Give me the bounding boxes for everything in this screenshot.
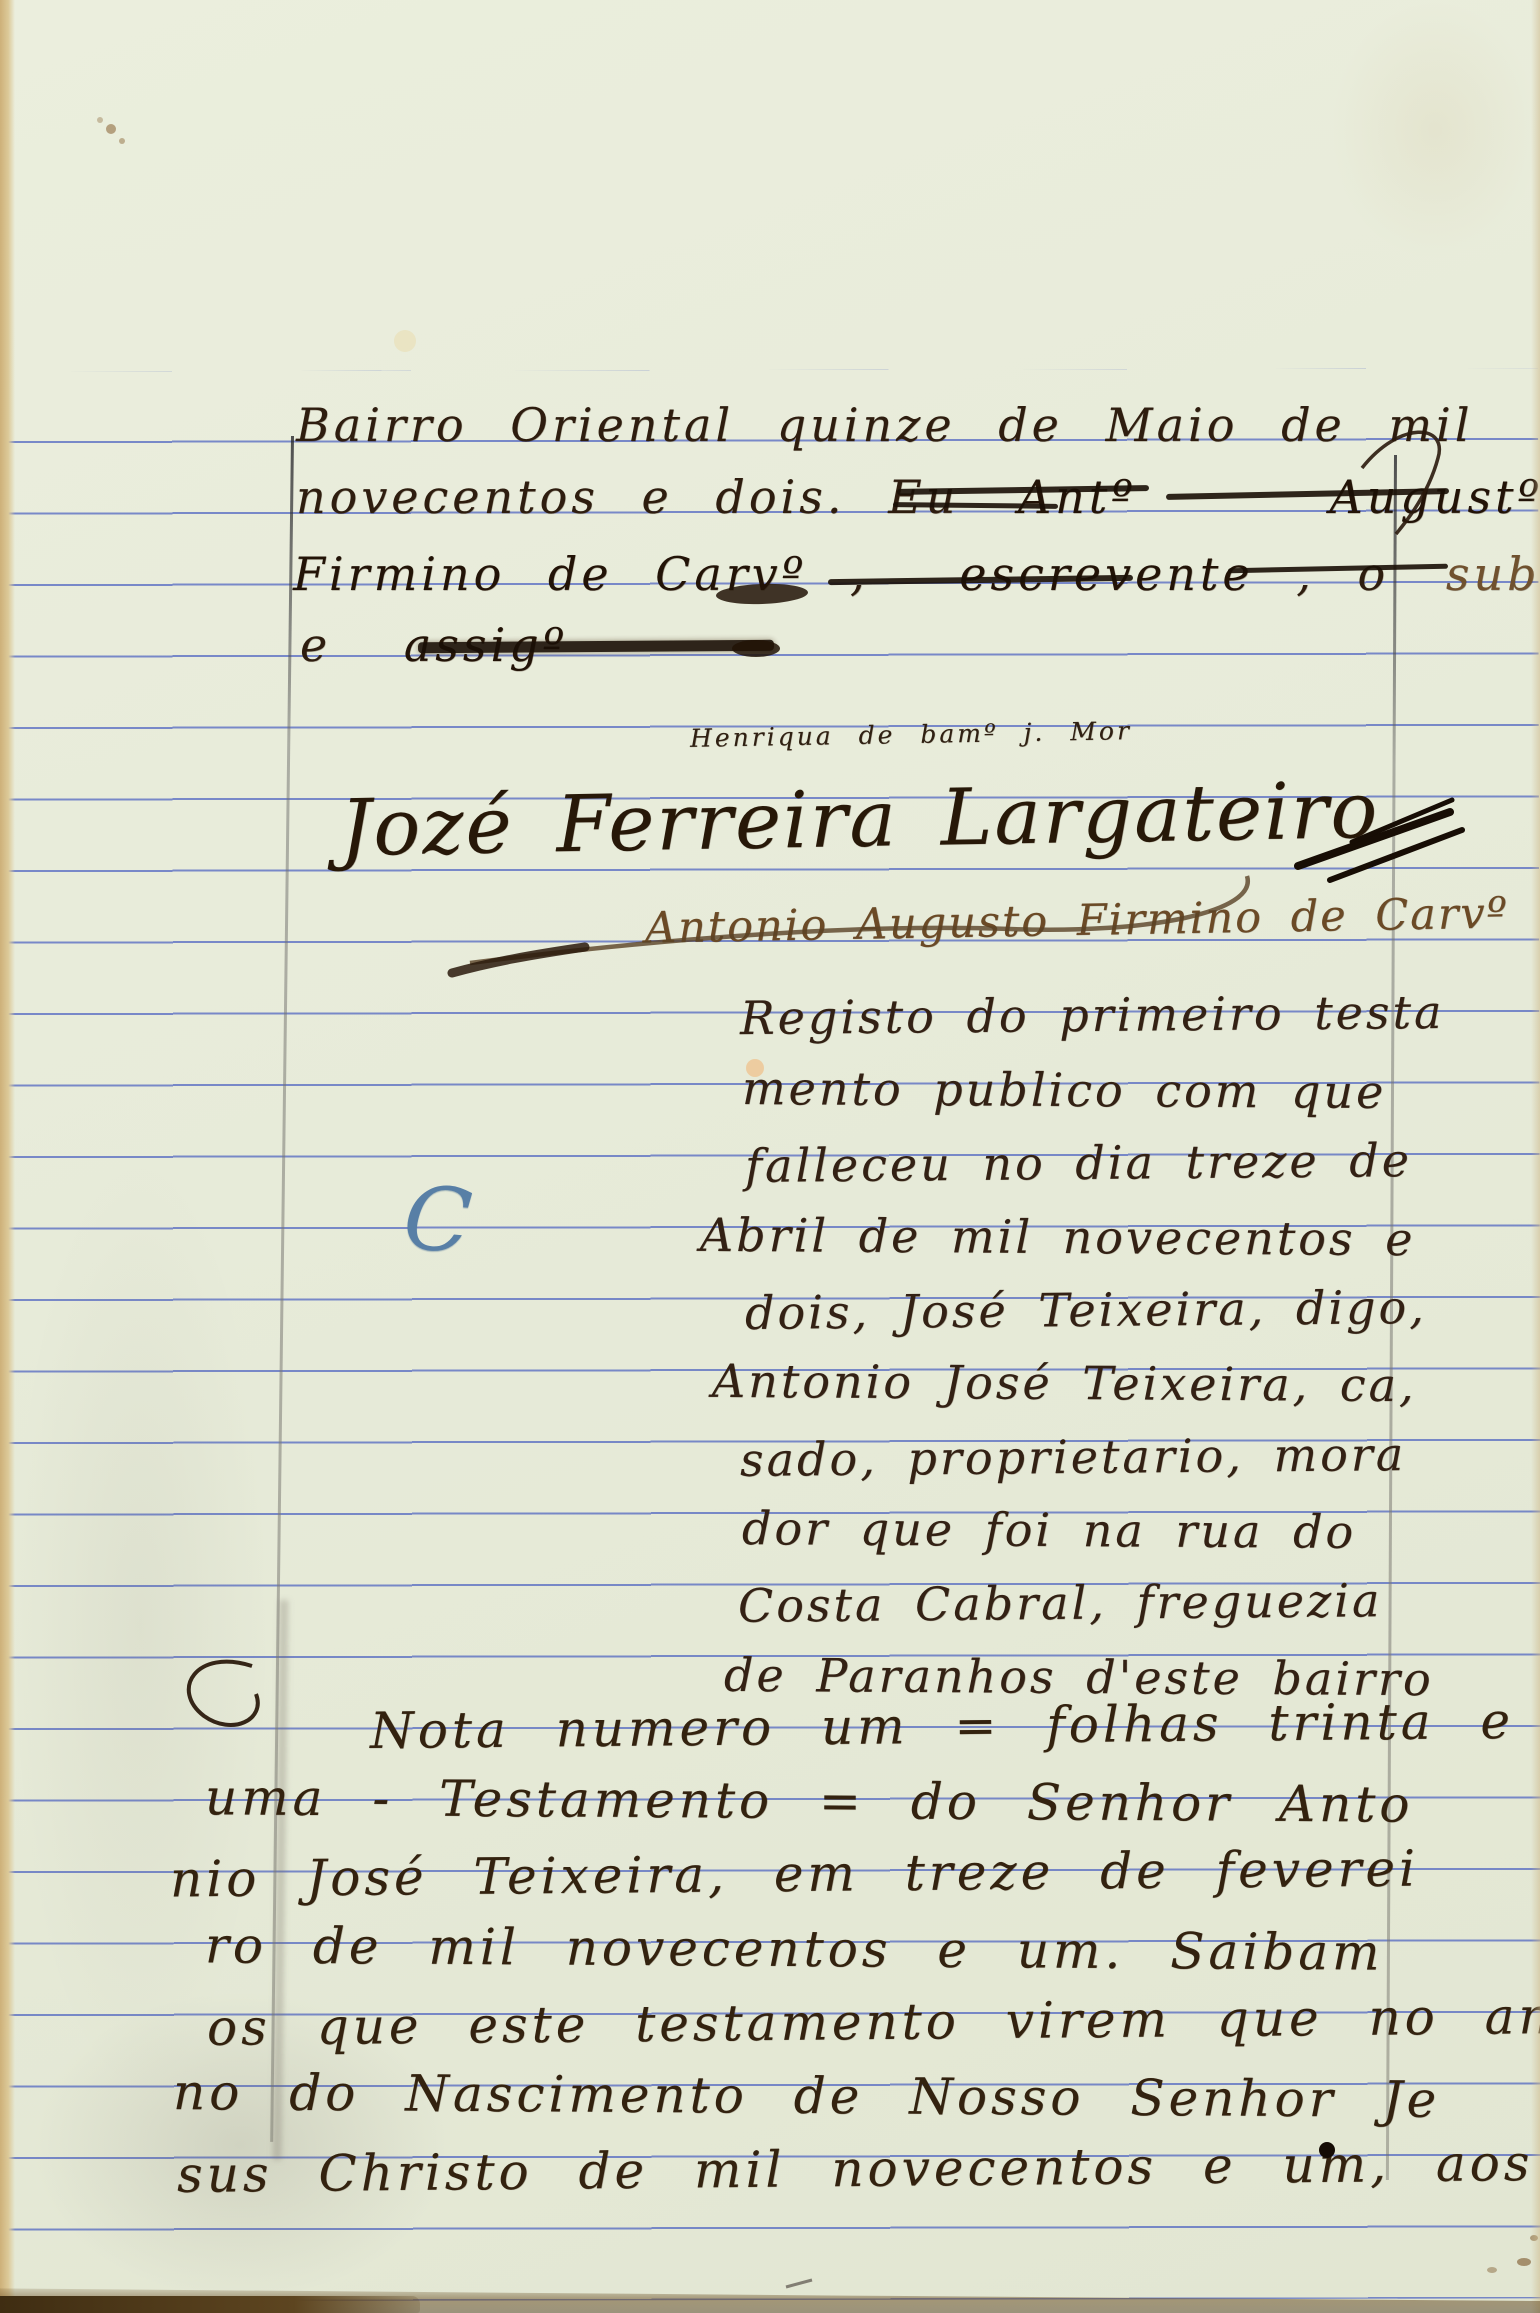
manuscript-line: dois, José Teixeira, digo, bbox=[745, 1284, 1427, 1336]
manuscript-line: Abril de mil novecentos e bbox=[700, 1212, 1416, 1262]
manuscript-page: Bairro Oriental quinze de Maio de mil no… bbox=[0, 0, 1540, 2313]
struck-word: escrevente bbox=[959, 547, 1253, 601]
struck-word: Augustº bbox=[1330, 470, 1540, 524]
manuscript-line: Antonio José Teixeira, ca, bbox=[712, 1358, 1417, 1408]
manuscript-line: uma - Testamento = do Senhor Anto bbox=[205, 1772, 1414, 1829]
struck-word: Antº bbox=[1018, 470, 1137, 524]
manuscript-line: Bairro Oriental quinze de Maio de mil bbox=[296, 402, 1473, 448]
margin-mark-c: C bbox=[400, 1165, 476, 1273]
manuscript-line: nio José Teixeira, em treze de feverei bbox=[170, 1844, 1419, 1905]
ink-blot bbox=[732, 640, 780, 657]
manuscript-line: os que este testamento virem que no an bbox=[207, 1991, 1540, 2053]
manuscript-line: no do Nascimento de Nosso Senhor Je bbox=[173, 2067, 1440, 2125]
paper-stain bbox=[394, 330, 416, 352]
manuscript-line: Registo do primeiro testa bbox=[740, 989, 1445, 1041]
paper-speck bbox=[119, 138, 125, 144]
manuscript-text: novecentos e dois. Eu bbox=[296, 470, 959, 524]
paper-speck bbox=[97, 117, 103, 123]
manuscript-line: novecentos e dois. Eu Antº Augustº bbox=[296, 474, 1540, 520]
manuscript-text: e bbox=[300, 618, 331, 672]
manuscript-line: sus Christo de mil novecentos e um, aos bbox=[177, 2138, 1534, 2200]
manuscript-line: dor que foi na rua do bbox=[742, 1505, 1356, 1555]
interlined-note: Henriqua de bamº j. Mor bbox=[690, 718, 1132, 751]
page-edge-right bbox=[1531, 0, 1540, 2313]
manuscript-text: , o bbox=[1296, 547, 1389, 601]
manuscript-line: mento publico com que bbox=[742, 1065, 1387, 1115]
manuscript-line: ro de mil novecentos e um. Saibam bbox=[205, 1920, 1384, 1977]
aging-shade bbox=[1330, 0, 1540, 260]
page-edge-bottom-dark bbox=[0, 2296, 420, 2313]
manuscript-line: Nota numero um = folhas trinta e bbox=[370, 1696, 1514, 1756]
manuscript-line: Firmino de Carvº , escrevente , o subscr… bbox=[293, 551, 1540, 597]
manuscript-line: Costa Cabral, freguezia bbox=[738, 1577, 1383, 1629]
manuscript-line: falleceu no dia treze de bbox=[745, 1137, 1412, 1189]
binding-edge bbox=[0, 0, 15, 2313]
paper-speck bbox=[106, 124, 116, 134]
manuscript-line: sado, proprietario, mora bbox=[740, 1431, 1407, 1483]
struck-word: subscrevo bbox=[1446, 547, 1540, 601]
signature-main: Jozé Ferreira Largateiro bbox=[339, 772, 1379, 868]
manuscript-text: , bbox=[850, 547, 869, 601]
